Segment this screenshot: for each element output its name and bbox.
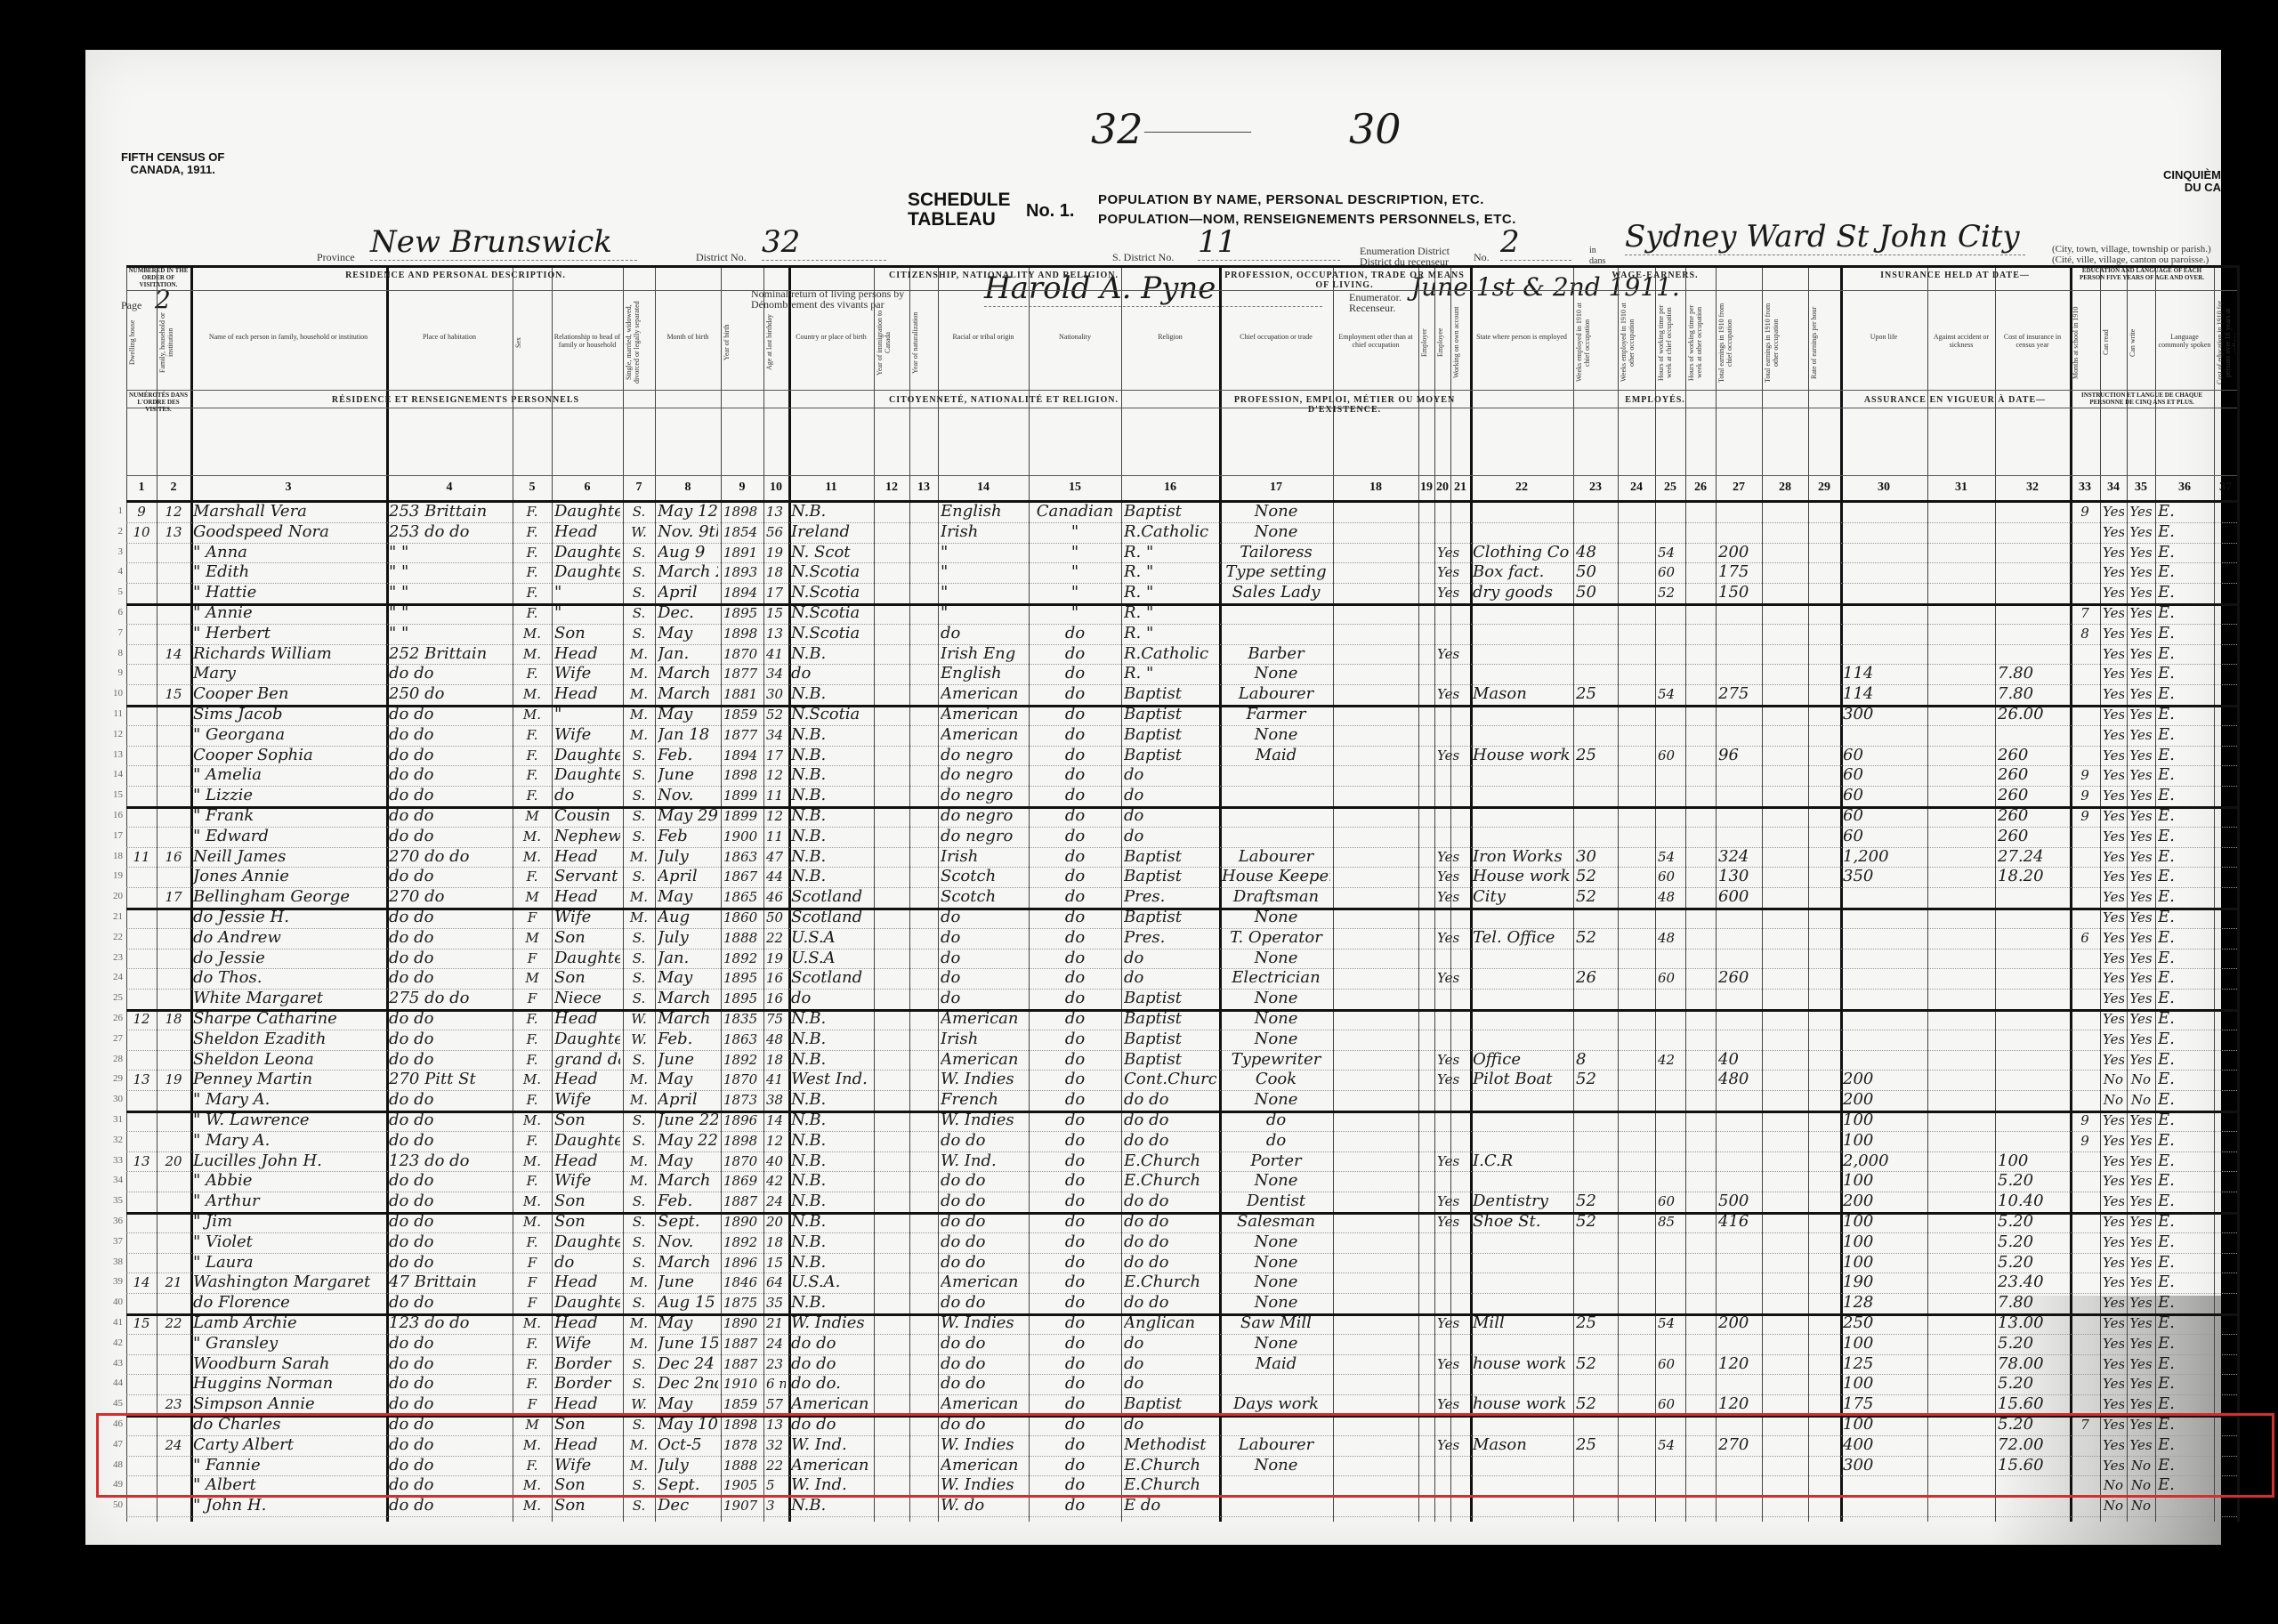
cell-write: No [2129, 1456, 2153, 1475]
cell-origin: do do [941, 1374, 1026, 1394]
cell-read: Yes [2103, 1050, 2124, 1070]
cell-age: 22 [766, 1456, 786, 1475]
cell-age: 12 [766, 765, 786, 785]
cell-month: Feb. [658, 1030, 718, 1049]
cell-write: Yes [2129, 1415, 2153, 1434]
cell-ins_cost: 13.00 [1998, 1313, 2067, 1333]
cell-rel: Servant [554, 867, 620, 886]
cell-earnings: 130 [1718, 867, 1759, 886]
cell-employee: Yes [1437, 847, 1467, 867]
cell-earnings: 480 [1718, 1070, 1759, 1089]
column-number-10: 10 [763, 481, 788, 495]
column-number-31: 31 [1927, 481, 1995, 495]
cell-employee: Yes [1437, 1050, 1467, 1070]
cell-nationality: do [1031, 1070, 1119, 1089]
cell-marital: S. [626, 1475, 652, 1495]
column-header-7: Single, married, widowed, divorced or le… [625, 301, 653, 384]
enum-no-label: No. [1474, 251, 1490, 264]
cell-year: 1863 [723, 847, 761, 867]
cell-place: 252 Brittain [389, 644, 510, 664]
column-number-3: 3 [190, 481, 386, 495]
cell-place: do do [389, 1212, 510, 1232]
cell-age: 48 [766, 1030, 786, 1049]
column-header-3: Name of each person in family, household… [192, 301, 384, 384]
cell-age: 19 [766, 543, 786, 562]
cell-earnings: 500 [1718, 1192, 1759, 1211]
cell-lang: E. [2158, 1009, 2211, 1029]
cell-name: Washington Margaret [193, 1273, 384, 1292]
cell-name: Sheldon Ezadith [193, 1030, 384, 1049]
cell-origin: W. Indies [941, 1435, 1026, 1455]
cell-year: 1898 [723, 624, 761, 643]
cell-month: June 15 [658, 1334, 718, 1353]
cell-year: 1875 [723, 1293, 761, 1313]
cell-sex: F. [515, 1374, 549, 1394]
cell-marital: S. [626, 827, 652, 846]
cell-lang: E. [2158, 949, 2211, 968]
column-header-37: Cost of education in 1910 for persons ov… [2216, 301, 2235, 384]
cell-place: " " [389, 603, 510, 623]
cell-year: 1907 [723, 1496, 761, 1515]
cell-marital: S. [626, 1050, 652, 1070]
cell-employee: Yes [1437, 644, 1467, 664]
cell-hours: 42 [1658, 1050, 1683, 1070]
cell-marital: S. [626, 786, 652, 805]
cell-ins_cost: 10.40 [1998, 1192, 2067, 1211]
cell-earnings: 96 [1718, 746, 1759, 765]
cell-birthplace: N.Scotia [791, 562, 871, 582]
cell-lang: E. [2158, 827, 2211, 846]
column-header-17: Chief occupation or trade [1221, 301, 1331, 384]
cell-read: Yes [2103, 1374, 2124, 1394]
cell-nationality: do [1031, 1050, 1119, 1070]
cell-sex: M. [515, 1192, 549, 1211]
group-residence: RESIDENCE AND PERSONAL DESCRIPTION. [190, 271, 721, 280]
cell-month: Nov. [658, 786, 718, 805]
cell-age: 22 [766, 928, 786, 948]
column-header-29: Rate of earnings per hour [1810, 301, 1838, 384]
cell-age: 32 [766, 1435, 786, 1455]
cell-month: Feb. [658, 1192, 718, 1211]
cell-place: do do [389, 1415, 510, 1434]
column-number-20: 20 [1434, 481, 1450, 495]
cell-rel: Head [554, 644, 620, 664]
cell-name: " Herbert [193, 624, 384, 643]
cell-age: 18 [766, 562, 786, 582]
cell-month: May 29 [658, 806, 718, 826]
cell-marital: M. [626, 684, 652, 704]
cell-birthplace: N.B. [791, 847, 871, 867]
cell-origin: American [941, 684, 1026, 704]
line-number: 22 [109, 932, 123, 942]
cell-read: Yes [2103, 1232, 2124, 1252]
cell-year: 1878 [723, 1435, 761, 1455]
cell-month: Feb. [658, 746, 718, 765]
cell-write: Yes [2129, 1212, 2153, 1232]
cell-nationality: do [1031, 1273, 1119, 1292]
line-number: 41 [109, 1317, 123, 1328]
cell-marital: M. [626, 644, 652, 664]
cell-birthplace: U.S.A [791, 949, 871, 968]
cell-school: 9 [2072, 765, 2097, 785]
cell-nationality: " [1031, 522, 1119, 542]
cell-place: do do [389, 827, 510, 846]
cell-earnings: 150 [1718, 583, 1759, 602]
cell-month: Dec [658, 1496, 718, 1515]
cell-name: Huggins Norman [193, 1374, 384, 1394]
column-number-9: 9 [721, 481, 763, 495]
cell-read: No [2103, 1496, 2124, 1515]
cell-nationality: do [1031, 806, 1119, 826]
census-page: FIFTH CENSUS OF CANADA, 1911. CINQUIÈM D… [85, 50, 2221, 1545]
cell-month: May 22 [658, 1131, 718, 1151]
cell-read: Yes [2103, 746, 2124, 765]
cell-ins_cost: 23.40 [1998, 1273, 2067, 1292]
cell-religion: E do [1124, 1496, 1216, 1515]
cell-ins_life: 125 [1843, 1354, 1925, 1374]
cell-write: Yes [2129, 1394, 2153, 1414]
cell-nationality: do [1031, 1456, 1119, 1475]
cell-read: No [2103, 1070, 2124, 1089]
line-number: 46 [109, 1418, 123, 1429]
cell-sex: F. [515, 543, 549, 562]
cell-employed_at: dry goods [1473, 583, 1571, 602]
cell-sex: F. [515, 583, 549, 602]
cell-religion: R. " [1124, 562, 1216, 582]
cell-school: 9 [2072, 1111, 2097, 1130]
cell-name: Neill James [193, 847, 384, 867]
cell-lang: E. [2158, 1253, 2211, 1273]
cell-read: No [2103, 1475, 2124, 1495]
cell-ins_cost: 260 [1998, 765, 2067, 785]
cell-employee: Yes [1437, 867, 1467, 886]
cell-sex: F. [515, 664, 549, 683]
cell-write: Yes [2129, 644, 2153, 664]
cell-birthplace: Scotland [791, 908, 871, 927]
cell-write: Yes [2129, 1293, 2153, 1313]
cell-read: Yes [2103, 1273, 2124, 1292]
cell-name: Lucilles John H. [193, 1151, 384, 1171]
cell-marital: M. [626, 1090, 652, 1110]
cell-nationality: do [1031, 1111, 1119, 1130]
cell-occupation: Days work [1222, 1394, 1330, 1414]
cell-rel: Head [554, 1313, 620, 1333]
cell-occupation: None [1222, 1273, 1330, 1292]
cell-year: 1890 [723, 1212, 761, 1232]
cell-origin: American [941, 1456, 1026, 1475]
column-number-30: 30 [1840, 481, 1927, 495]
cell-month: June 22 [658, 1111, 718, 1130]
cell-ins_life: 400 [1843, 1435, 1925, 1455]
cell-religion: do do [1124, 1111, 1216, 1130]
cell-occupation: Maid [1222, 1354, 1330, 1374]
cell-read: Yes [2103, 968, 2124, 988]
cell-origin: Scotch [941, 887, 1026, 907]
cell-lang: E. [2158, 1070, 2211, 1089]
cell-write: Yes [2129, 1171, 2153, 1191]
cell-place: do do [389, 664, 510, 683]
cell-birthplace: W. Ind. [791, 1475, 871, 1495]
cell-birthplace: W. Indies [791, 1313, 871, 1333]
cell-year: 1877 [723, 725, 761, 745]
cell-birthplace: N.B. [791, 684, 871, 704]
cell-name: " Arthur [193, 1192, 384, 1211]
cell-rel: Son [554, 1212, 620, 1232]
cell-lang: E. [2158, 1151, 2211, 1171]
cell-read: Yes [2103, 543, 2124, 562]
cell-rel: Son [554, 1111, 620, 1130]
cell-employed_at: Clothing Co. [1473, 543, 1571, 562]
cell-write: Yes [2129, 522, 2153, 542]
cell-ins_cost: 5.20 [1998, 1374, 2067, 1394]
cell-read: Yes [2103, 786, 2124, 805]
cell-religion: Baptist [1124, 502, 1216, 521]
cell-occupation: None [1222, 725, 1330, 745]
cell-school: 8 [2072, 624, 2097, 643]
cell-birthplace: N.Scotia [791, 603, 871, 623]
column-number-17: 17 [1219, 481, 1333, 495]
cell-ins_life: 100 [1843, 1171, 1925, 1191]
cell-weeks: 25 [1576, 1313, 1615, 1333]
cell-employed_at: Mason [1473, 684, 1571, 704]
line-number: 21 [109, 911, 123, 922]
cell-weeks: 52 [1576, 1394, 1615, 1414]
cell-name: " Jim [193, 1212, 384, 1232]
column-number-12: 12 [874, 481, 909, 495]
cell-place: do do [389, 1050, 510, 1070]
cell-nationality: do [1031, 1475, 1119, 1495]
cell-ins_life: 300 [1843, 1456, 1925, 1475]
group-education-fr: INSTRUCTION ET LANGUE DE CHAQUE PERSONNE… [2070, 392, 2214, 406]
cell-birthplace: do do. [791, 1374, 871, 1394]
cell-nationality: " [1031, 583, 1119, 602]
cell-employed_at: House work [1473, 746, 1571, 765]
cell-dwelling: 15 [129, 1313, 154, 1333]
cell-age: 17 [766, 583, 786, 602]
header-rule [126, 390, 2237, 391]
cell-place: do do [389, 949, 510, 968]
cell-origin: " [941, 562, 1026, 582]
cell-nationality: do [1031, 746, 1119, 765]
cell-lang: E. [2158, 1090, 2211, 1110]
cell-write: Yes [2129, 583, 2153, 602]
cell-place: 270 Pitt St [389, 1070, 510, 1089]
cell-origin: do negro [941, 806, 1026, 826]
cell-ins_cost: 5.20 [1998, 1212, 2067, 1232]
cell-employed_at: City [1473, 887, 1571, 907]
cell-place: do do [389, 746, 510, 765]
cell-marital: S. [626, 1293, 652, 1313]
cell-age: 18 [766, 1050, 786, 1070]
line-number: 30 [109, 1094, 123, 1104]
cell-month: May [658, 1070, 718, 1089]
cell-lang: E. [2158, 1293, 2211, 1313]
cell-name: do Andrew [193, 928, 384, 948]
cell-year: 1898 [723, 765, 761, 785]
cell-hours: 60 [1658, 562, 1683, 582]
cell-lang: E. [2158, 806, 2211, 826]
cell-name: " Amelia [193, 765, 384, 785]
column-number-19: 19 [1418, 481, 1434, 495]
cell-year: 1895 [723, 603, 761, 623]
cell-write: Yes [2129, 806, 2153, 826]
cell-lang: E. [2158, 502, 2211, 521]
cell-occupation: Draftsman [1222, 887, 1330, 907]
cell-read: Yes [2103, 908, 2124, 927]
cell-family: 15 [159, 684, 188, 704]
line-number: 43 [109, 1358, 123, 1369]
cell-place: do do [389, 1293, 510, 1313]
cell-sex: F [515, 989, 549, 1008]
cell-age: 38 [766, 1090, 786, 1110]
line-number: 7 [109, 627, 123, 638]
cell-religion: do do [1124, 1232, 1216, 1252]
cell-sex: F. [515, 1131, 549, 1151]
cell-read: Yes [2103, 1171, 2124, 1191]
cell-age: 11 [766, 786, 786, 805]
cell-sex: F. [515, 725, 549, 745]
cell-age: 13 [766, 624, 786, 643]
cell-marital: S. [626, 1111, 652, 1130]
column-number-36: 36 [2155, 481, 2214, 495]
cell-nationality: " [1031, 603, 1119, 623]
cell-marital: W. [626, 1394, 652, 1414]
cell-rel: Head [554, 1151, 620, 1171]
cell-family: 23 [159, 1394, 188, 1414]
cell-birthplace: Scotland [791, 887, 871, 907]
cell-month: June [658, 1273, 718, 1292]
column-header-16: Religion [1123, 301, 1217, 384]
cell-write: Yes [2129, 1232, 2153, 1252]
cell-occupation: Labourer [1222, 1435, 1330, 1455]
cell-place: do do [389, 867, 510, 886]
cell-origin: Irish [941, 1030, 1026, 1049]
cell-name: Cooper Ben [193, 684, 384, 704]
cell-year: 1893 [723, 562, 761, 582]
cell-write: Yes [2129, 562, 2153, 582]
cell-write: Yes [2129, 543, 2153, 562]
cell-lang: E. [2158, 1030, 2211, 1049]
cell-ins_cost: 100 [1998, 1151, 2067, 1171]
cell-marital: S. [626, 1232, 652, 1252]
cell-lang: E. [2158, 1354, 2211, 1374]
province-value: New Brunswick [370, 224, 637, 261]
cell-birthplace: N.B. [791, 1111, 871, 1130]
cell-place: " " [389, 562, 510, 582]
cell-name: " Georgana [193, 725, 384, 745]
cell-rel: Wife [554, 1171, 620, 1191]
cell-occupation: Dentist [1222, 1192, 1330, 1211]
column-header-30: Upon life [1842, 301, 1926, 384]
cell-nationality: do [1031, 1313, 1119, 1333]
cell-marital: M. [626, 725, 652, 745]
cell-rel: Daughter [554, 1030, 620, 1049]
cell-religion: Pres. [1124, 928, 1216, 948]
cell-school: 9 [2072, 806, 2097, 826]
column-header-5: Sex [514, 301, 550, 384]
cell-family: 24 [159, 1435, 188, 1455]
cell-hours: 60 [1658, 1354, 1683, 1374]
cell-age: 35 [766, 1293, 786, 1313]
cell-employed_at: House work [1473, 867, 1571, 886]
cell-age: 64 [766, 1273, 786, 1292]
cell-year: 1896 [723, 1253, 761, 1273]
column-header-32: Cost of insurance in census year [1997, 301, 2068, 384]
cell-birthplace: N.Scotia [791, 705, 871, 724]
cell-year: 1887 [723, 1192, 761, 1211]
cell-read: Yes [2103, 989, 2124, 1008]
cell-age: 11 [766, 827, 786, 846]
cell-read: Yes [2103, 1030, 2124, 1049]
cell-nationality: do [1031, 928, 1119, 948]
cell-employed_at: Dentistry [1473, 1192, 1571, 1211]
cell-read: Yes [2103, 928, 2124, 948]
cell-place: do do [389, 1334, 510, 1353]
cell-origin: do [941, 928, 1026, 948]
cell-weeks: 30 [1576, 847, 1615, 867]
cell-birthplace: N.B. [791, 1171, 871, 1191]
cell-place: do do [389, 1232, 510, 1252]
cell-sex: M. [515, 1212, 549, 1232]
cell-read: Yes [2103, 765, 2124, 785]
cell-ins_cost: 5.20 [1998, 1334, 2067, 1353]
cell-month: March [658, 1253, 718, 1273]
cell-age: 16 [766, 968, 786, 988]
cell-nationality: do [1031, 644, 1119, 664]
column-header-27: Total earnings in 1910 from chief occupa… [1717, 301, 1760, 384]
cell-month: July [658, 847, 718, 867]
cell-ins_cost: 7.80 [1998, 664, 2067, 683]
cell-year: 1870 [723, 1070, 761, 1089]
cell-place: do do [389, 1435, 510, 1455]
cell-employee: Yes [1437, 968, 1467, 988]
cell-origin: W. Indies [941, 1475, 1026, 1495]
cell-weeks: 48 [1576, 543, 1615, 562]
cell-ins_life: 1,200 [1843, 847, 1925, 867]
cell-lang: E. [2158, 928, 2211, 948]
cell-nationality: do [1031, 908, 1119, 927]
cell-sex: M. [515, 1475, 549, 1495]
cell-nationality: do [1031, 1496, 1119, 1515]
cell-weeks: 25 [1576, 746, 1615, 765]
cell-weeks: 26 [1576, 968, 1615, 988]
cell-month: Sept. [658, 1475, 718, 1495]
cell-place: do do [389, 1475, 510, 1495]
cell-birthplace: do do [791, 1354, 871, 1374]
column-number-4: 4 [386, 481, 513, 495]
line-number: 42 [109, 1337, 123, 1348]
group-profession-fr: PROFESSION, EMPLOI, MÉTIER OU MOYEN D'EX… [1219, 395, 1470, 415]
cell-family: 17 [159, 887, 188, 907]
cell-rel: Cousin [554, 806, 620, 826]
line-number: 40 [109, 1297, 123, 1307]
cell-lang: E. [2158, 1435, 2211, 1455]
cell-nationality: do [1031, 624, 1119, 643]
column-number-5: 5 [513, 481, 552, 495]
cell-rel: do [554, 786, 620, 805]
cell-place: 250 do [389, 684, 510, 704]
group-numbered-fr: NUMÉROTÉS DANS L'ORDRE DES VISITES. [126, 392, 190, 413]
cell-occupation: Saw Mill [1222, 1313, 1330, 1333]
cell-religion: E.Church [1124, 1171, 1216, 1191]
cell-family: 18 [159, 1009, 188, 1029]
cell-religion: Pres. [1124, 887, 1216, 907]
column-header-12: Year of immigration to Canada [876, 301, 908, 384]
cell-occupation: Maid [1222, 746, 1330, 765]
cell-name: Bellingham George [193, 887, 384, 907]
cell-birthplace: W. Ind. [791, 1435, 871, 1455]
cell-marital: S. [626, 1192, 652, 1211]
